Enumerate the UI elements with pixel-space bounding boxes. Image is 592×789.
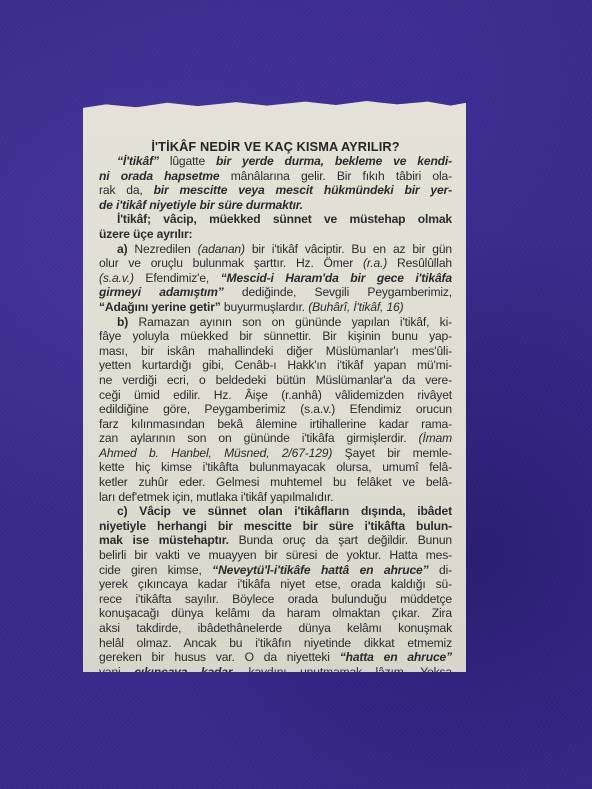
text-segment: belirli bir vakti ve muayyen bir süresi … bbox=[99, 548, 452, 562]
text-line: rak da, bir mescitte veya mescit hükmünd… bbox=[99, 183, 452, 198]
text-segment: mânâlarına gelir. Bir fıkıh tâbiri ola- bbox=[219, 169, 452, 183]
text-segment: “Neveytü'l-i'tikâfe hattâ en ahruce” bbox=[212, 563, 428, 577]
text-line: yetten kurtardığı gibi, Cenâb-ı Hakk'ın … bbox=[99, 358, 452, 373]
text-line: girmeyi adamıştım” dediğinde, Sevgili Pe… bbox=[99, 285, 452, 300]
text-segment: İ'tikâf; vâcip, müekked sünnet ve müsteh… bbox=[117, 212, 452, 226]
text-line: İ'tikâf; vâcip, müekked sünnet ve müsteh… bbox=[99, 212, 452, 227]
text-segment: “Mescid-i Haram'da bir gece i'tikâfa bbox=[221, 271, 452, 285]
text-line: a) Nezredilen (adanan) bir i'tikâf vâcip… bbox=[99, 242, 452, 257]
text-segment: Resûlûllah bbox=[387, 256, 452, 270]
text-segment: yerek çıkıncaya kadar i'tikâfa niyet ets… bbox=[99, 577, 452, 591]
text-segment: Efendimiz'e, bbox=[134, 271, 221, 285]
text-segment: Nezredilen bbox=[127, 242, 197, 256]
text-line: ları def'etmek için, mutlaka i'tikâf yap… bbox=[99, 490, 452, 505]
text-segment: girmeyi adamıştım” bbox=[99, 285, 224, 299]
text-segment: mak ise müstehaptır. bbox=[99, 533, 229, 547]
text-line: “İ'tikâf” lûgatte bir yerde durma, bekle… bbox=[99, 154, 452, 169]
text-segment: bir i'tikâf vâciptir. Bu en az bir gün bbox=[245, 242, 452, 256]
text-line: rece i'tikâfta sayılır. Böylece orada bu… bbox=[99, 592, 452, 607]
text-segment: (adanan) bbox=[198, 242, 245, 256]
text-segment: üzere üçe ayrılır: bbox=[99, 227, 192, 241]
text-segment: bir yerde durma, bekleme ve kendi- bbox=[216, 154, 452, 168]
text-segment: (İmam bbox=[418, 431, 452, 445]
text-line: de i'tikâf niyetiyle bir süre durmaktır. bbox=[99, 198, 452, 213]
text-line: (s.a.v.) Efendimiz'e, “Mescid-i Haram'da… bbox=[99, 271, 452, 286]
text-line: helâl olmaz. Ancak bu i'tikâfın niyetind… bbox=[99, 636, 452, 651]
text-line: yani çıkıncaya kadar, kaydını unutmamak … bbox=[99, 665, 452, 680]
text-line: mak ise müstehaptır. Bunda oruç da şart … bbox=[99, 533, 452, 548]
text-segment: konuşacağı dünya kelâmı da haram olmakta… bbox=[99, 606, 452, 620]
text-line: aksi takdirde, ibâdethânelerde dünya kel… bbox=[99, 621, 452, 636]
text-segment: Ramazan ayının son on gününde yapılan i'… bbox=[128, 315, 452, 329]
text-segment: (s.a.v.) bbox=[99, 271, 134, 285]
text-segment: b) bbox=[117, 315, 128, 329]
text-segment: ni orada hapsetme bbox=[99, 169, 219, 183]
text-line: kette hiç kimse i'tikâfta bulunmayacak o… bbox=[99, 460, 452, 475]
text-line: ması, bir iskân mahallindeki diğer Müslü… bbox=[99, 344, 452, 359]
newspaper-clipping: İ'TİKÂF NEDİR VE KAÇ KISMA AYRILIR? “İ't… bbox=[83, 101, 466, 672]
text-segment: ceği ümid edilir. Hz. Âişe (r.anhâ) vâli… bbox=[99, 388, 452, 402]
text-segment: (Buhârî, İ'tikâf, 16) bbox=[308, 300, 403, 314]
text-segment: zan aylarının son on gününde i'tikâfa gi… bbox=[99, 431, 418, 445]
text-line: konuşacağı dünya kelâmı da haram olmakta… bbox=[99, 606, 452, 621]
text-line: zan aylarının son on gününde i'tikâfa gi… bbox=[99, 431, 452, 446]
text-line: farz kılınmasından bekâ âlemine irtihall… bbox=[99, 417, 452, 432]
text-segment: helâl olmaz. Ancak bu i'tikâfın niyetind… bbox=[99, 636, 452, 650]
text-line: ceği ümid edilir. Hz. Âişe (r.anhâ) vâli… bbox=[99, 388, 452, 403]
text-line: üzere üçe ayrılır: bbox=[99, 227, 452, 242]
text-segment: rak da, bbox=[99, 183, 154, 197]
text-line: olur ve oruçlu bulunmak şarttır. Hz. Öme… bbox=[99, 256, 452, 271]
article-text: “İ'tikâf” lûgatte bir yerde durma, bekle… bbox=[99, 154, 452, 694]
text-line: edildiğine göre, Peygamberimiz (s.a.v.) … bbox=[99, 402, 452, 417]
text-line: niyetiyle herhangi bir mescitte bir süre… bbox=[99, 519, 452, 534]
text-segment: kette hiç kimse i'tikâfta bulunmayacak o… bbox=[99, 460, 452, 474]
text-segment: bir mescitte veya mescit hükmündeki bir … bbox=[154, 183, 452, 197]
text-segment: aksi takdirde, ibâdethânelerde dünya kel… bbox=[99, 621, 452, 635]
text-segment: Ahmed b. Hanbel, Müsned, 2/67-129) bbox=[99, 446, 332, 460]
text-segment: di- bbox=[429, 563, 452, 577]
text-line: Ahmed b. Hanbel, Müsned, 2/67-129) Şayet… bbox=[99, 446, 452, 461]
text-line: fâye yoluyla müekked bir sünnettir. Bir … bbox=[99, 329, 452, 344]
text-segment: lûgatte bbox=[159, 154, 216, 168]
text-segment: “hatta en ahruce” bbox=[340, 650, 452, 664]
text-segment: buyurmuşlardır. bbox=[221, 300, 309, 314]
text-segment: Şayet bir memle- bbox=[332, 446, 452, 460]
text-line: ne verdiği ecri, o beldedeki bütün Müslü… bbox=[99, 373, 452, 388]
text-segment: yetten kurtardığı gibi, Cenâb-ı Hakk'ın … bbox=[99, 358, 452, 372]
text-line: “Adağını yerine getir” buyurmuşlardır. (… bbox=[99, 300, 452, 315]
text-segment: edildiğine göre, Peygamberimiz (s.a.v.) … bbox=[99, 402, 452, 416]
text-segment: “Adağını yerine getir” bbox=[99, 300, 221, 314]
article-title: İ'TİKÂF NEDİR VE KAÇ KISMA AYRILIR? bbox=[99, 139, 452, 154]
text-line: yerek çıkıncaya kadar i'tikâfa niyet ets… bbox=[99, 577, 452, 592]
text-segment: de i'tikâf niyetiyle bir süre durmaktır. bbox=[99, 198, 303, 212]
text-segment: niyet mutlak olur ve on gün i'tikâfta ka… bbox=[99, 679, 374, 693]
text-segment: “İ'tikâf” bbox=[117, 154, 159, 168]
text-line: c) Vâcip ve sünnet olan i'tikâfların dış… bbox=[99, 504, 452, 519]
text-segment: yani bbox=[99, 665, 134, 679]
text-segment: dediğinde, Sevgili Peygamberimiz, bbox=[224, 285, 452, 299]
text-segment: (r.a.) bbox=[363, 256, 387, 270]
text-line: niyet mutlak olur ve on gün i'tikâfta ka… bbox=[99, 679, 452, 694]
text-line: cide giren kimse, “Neveytü'l-i'tikâfe ha… bbox=[99, 563, 452, 578]
text-segment: kaydını unutmamak lâzım. Yoksa bbox=[235, 665, 452, 679]
text-segment: ne verdiği ecri, o beldedeki bütün Müslü… bbox=[99, 373, 452, 387]
text-segment: fâye yoluyla müekked bir sünnettir. Bir … bbox=[99, 329, 452, 343]
text-line: gereken bir husus var. O da niyetteki “h… bbox=[99, 650, 452, 665]
text-segment: gereken bir husus var. O da niyetteki bbox=[99, 650, 340, 664]
text-segment: olur ve oruçlu bulunmak şarttır. Hz. Öme… bbox=[99, 256, 363, 270]
text-segment: ketler zuhûr eder. Gelmesi muhtemel bu f… bbox=[99, 475, 452, 489]
text-line: belirli bir vakti ve muayyen bir süresi … bbox=[99, 548, 452, 563]
article-body: İ'TİKÂF NEDİR VE KAÇ KISMA AYRILIR? “İ't… bbox=[99, 139, 452, 694]
text-segment: Bunda oruç da şart değildir. Bunun bbox=[229, 533, 452, 547]
text-segment: ması, bir iskân mahallindeki diğer Müslü… bbox=[99, 344, 452, 358]
text-segment: farz kılınmasından bekâ âlemine irtihall… bbox=[99, 417, 452, 431]
text-segment: ları def'etmek için, mutlaka i'tikâf yap… bbox=[99, 490, 333, 504]
text-segment: rece i'tikâfta sayılır. Böylece orada bu… bbox=[99, 592, 452, 606]
text-line: b) Ramazan ayının son on gününde yapılan… bbox=[99, 315, 452, 330]
text-line: ni orada hapsetme mânâlarına gelir. Bir … bbox=[99, 169, 452, 184]
text-segment: a) bbox=[117, 242, 127, 256]
text-segment: çıkıncaya kadar, bbox=[134, 665, 235, 679]
text-line: ketler zuhûr eder. Gelmesi muhtemel bu f… bbox=[99, 475, 452, 490]
text-segment: cide giren kimse, bbox=[99, 563, 212, 577]
text-segment: niyetiyle herhangi bir mescitte bir süre… bbox=[99, 519, 452, 533]
text-segment: c) Vâcip ve sünnet olan i'tikâfların dış… bbox=[117, 504, 452, 518]
